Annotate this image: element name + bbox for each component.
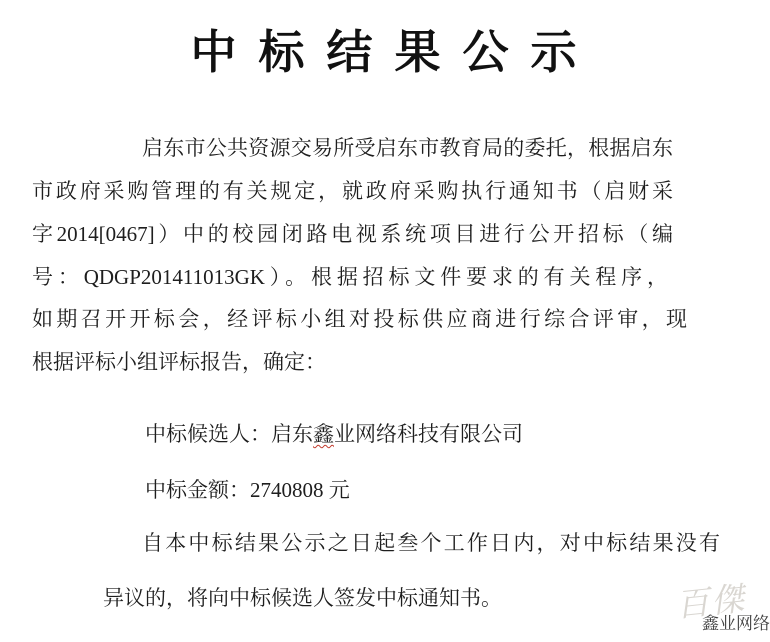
paragraph1-line-2: 市政府采购管理的有关规定，就政府采购执行通知书（启财采: [32, 177, 673, 205]
winner-line: 中标候选人：启东鑫业网络科技有限公司: [145, 420, 523, 448]
paragraph1-line-5: 如期召开开标会，经评标小组对投标供应商进行综合评审，现: [32, 305, 687, 333]
paragraph1-line-6: 根据评标小组评标报告，确定：: [32, 348, 326, 376]
paragraph1-line-4: 号：QDGP201411013GK）。根据招标文件要求的有关程序，: [32, 263, 668, 291]
winner-line-spellcheck-flagged-char: 鑫: [313, 422, 334, 446]
winner-line-prefix: 中标候选人：启东: [145, 422, 313, 446]
paragraph3-line-2: 异议的，将向中标候选人签发中标通知书。: [103, 584, 502, 612]
paragraph3-line-1: 自本中标结果公示之日起叁个工作日内，对中标结果没有: [142, 529, 720, 557]
watermark-site-name: 鑫业网络: [702, 612, 770, 636]
document-page: 中 标 结 果 公 示 启东市公共资源交易所受启东市教育局的委托，根据启东 市政…: [0, 0, 770, 642]
amount-line: 中标金额：2740808 元: [145, 476, 350, 504]
paragraph1-line-3: 字2014[0467]）中的校园闭路电视系统项目进行公开招标（编: [32, 220, 673, 248]
paragraph1-line-1: 启东市公共资源交易所受启东市教育局的委托，根据启东: [142, 134, 673, 162]
document-title: 中 标 结 果 公 示: [0, 24, 770, 80]
winner-line-suffix: 业网络科技有限公司: [334, 422, 523, 446]
